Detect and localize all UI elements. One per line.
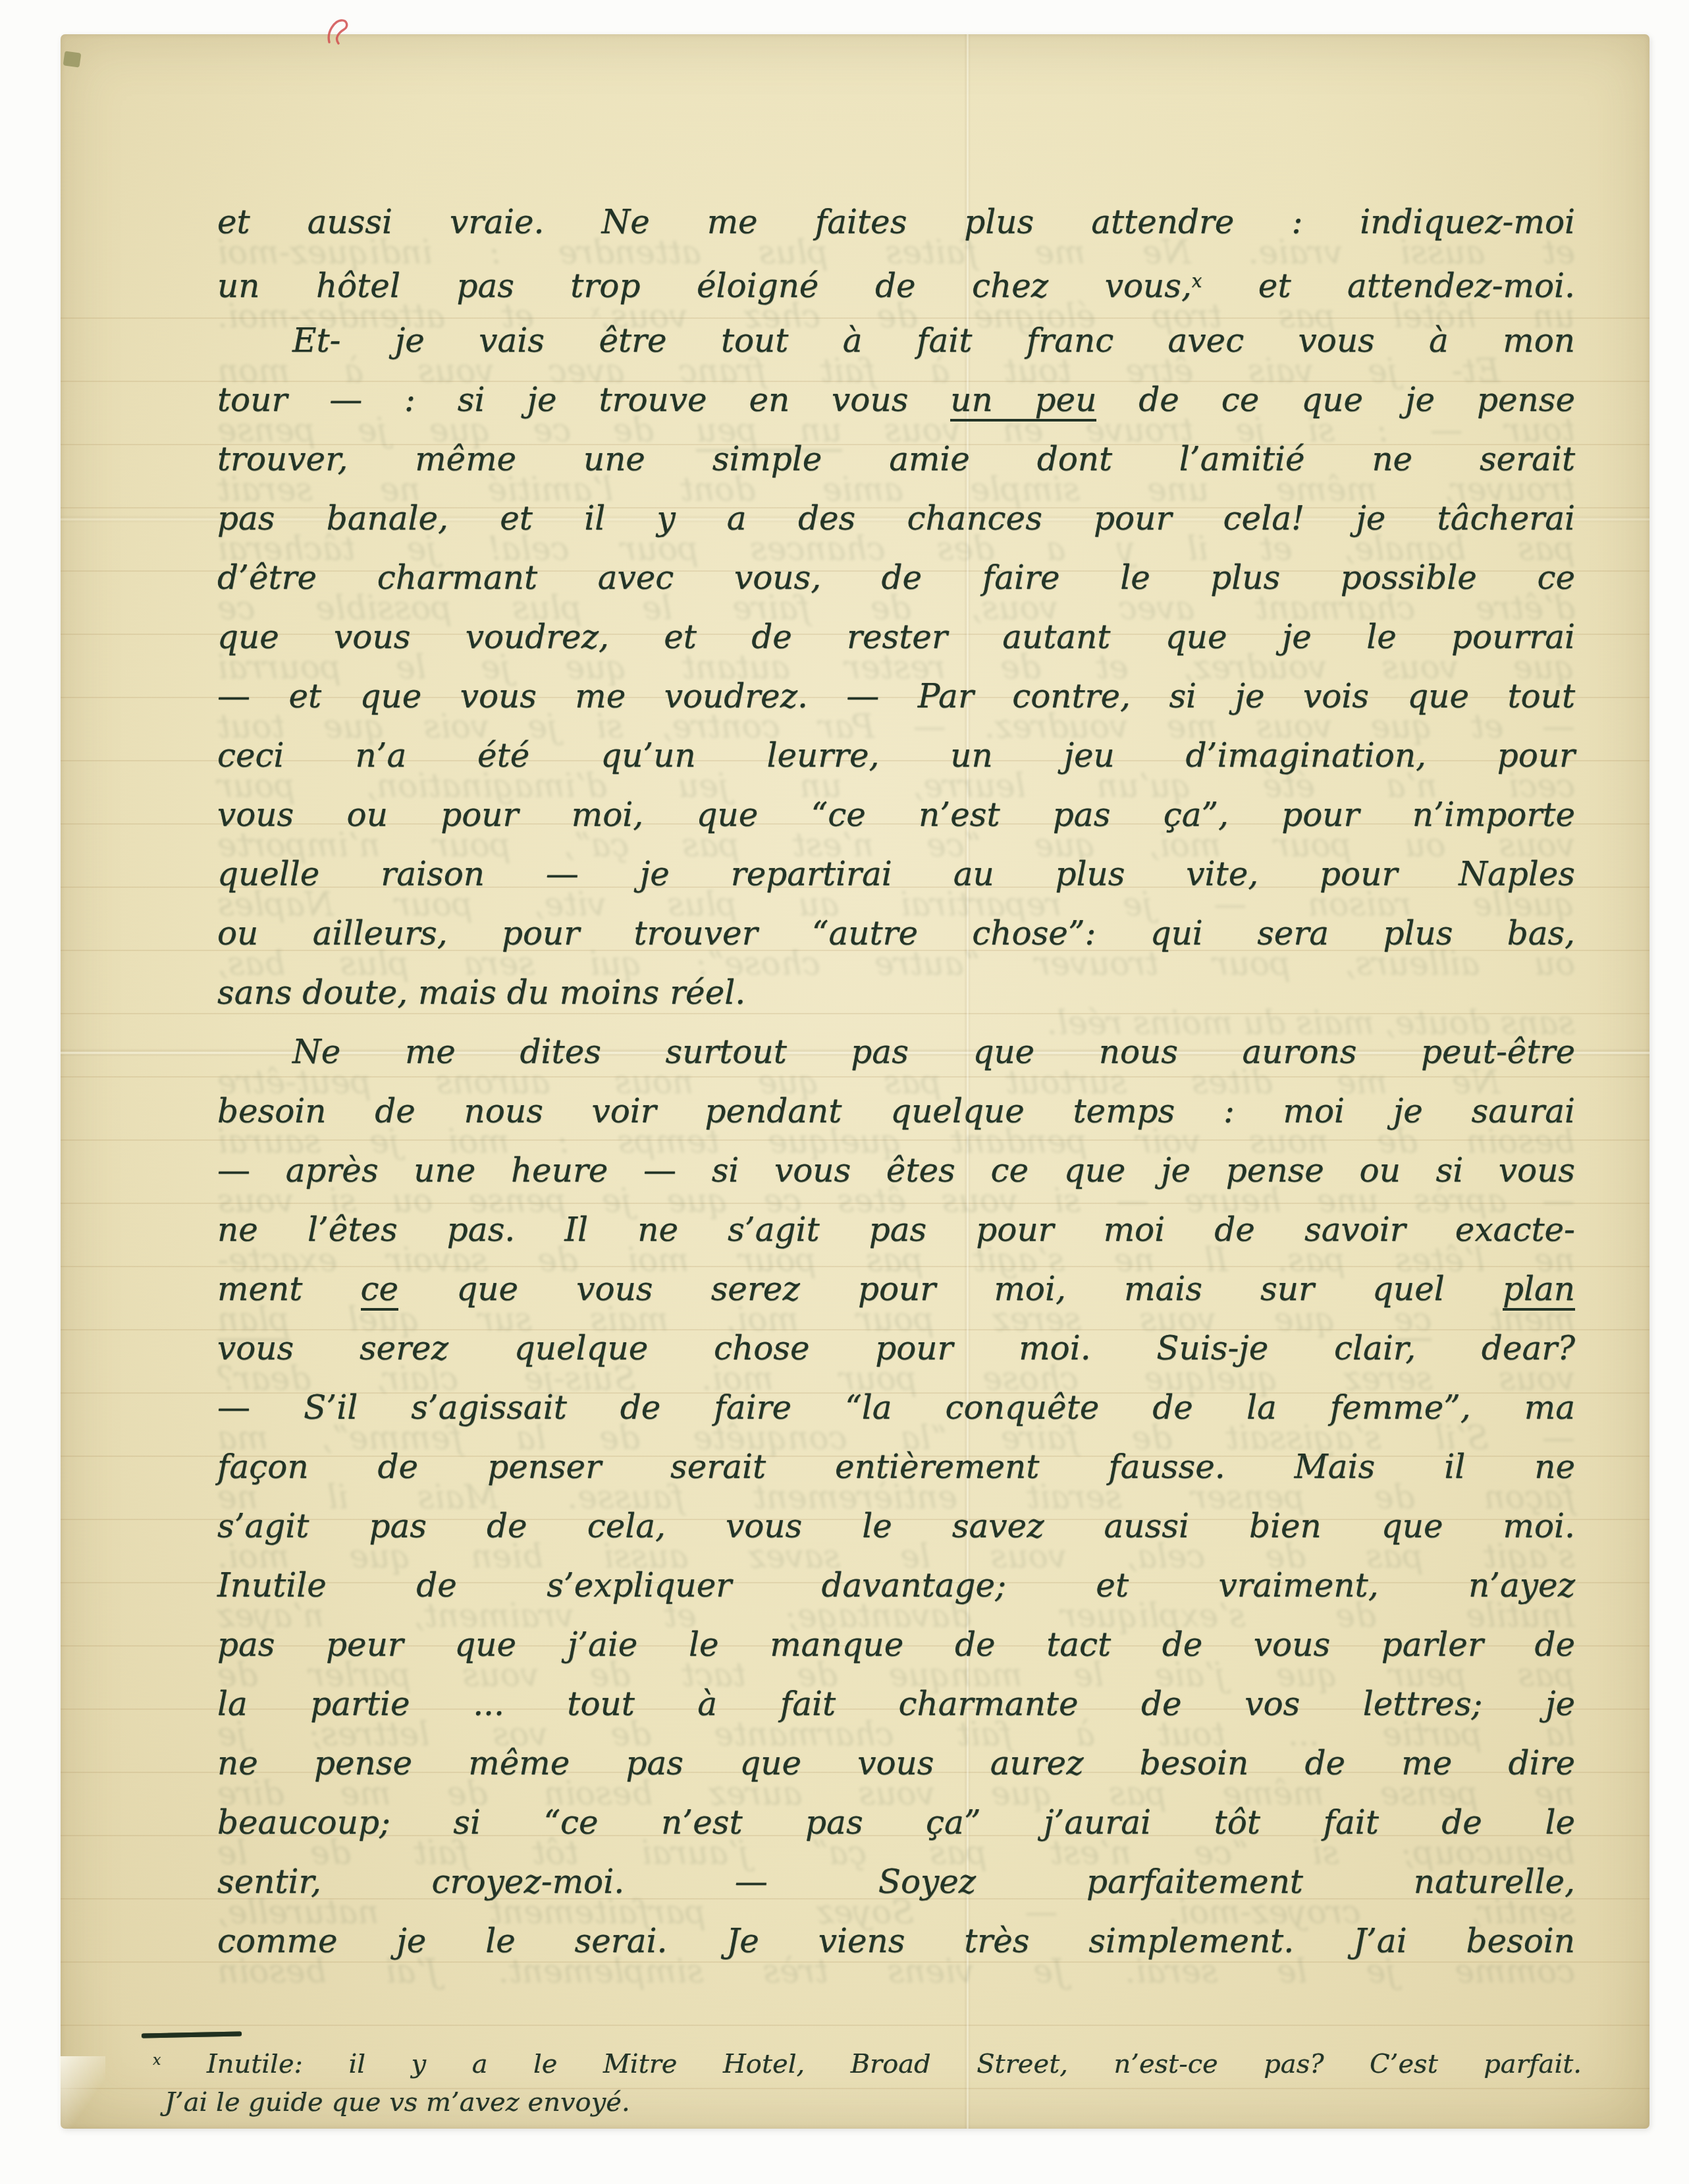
scanned-letter-photo: { "document": { "type": "handwritten-let… xyxy=(0,0,1689,2184)
letter-line-17: — après une heure — si vous êtes ce que … xyxy=(217,1141,1575,1200)
letter-line-21: — S’il s’agissait de faire “la conquête … xyxy=(217,1378,1575,1437)
letter-line-30: comme je le serai. Je viens très simplem… xyxy=(217,1911,1575,1971)
letter-line-4: tour — : si je trouve en vous un peu de … xyxy=(217,370,1575,429)
worn-corner xyxy=(59,2056,105,2129)
letter-line-5: trouver, même une simple amie dont l’ami… xyxy=(217,429,1575,489)
letter-line-2: un hôtel pas trop éloigné de chez vous,x… xyxy=(217,252,1575,311)
letter-line-28: beaucoup; si “ce n’est pas ça” j’aurai t… xyxy=(217,1793,1575,1852)
letter-line-24: Inutile de s’expliquer davantage; et vra… xyxy=(217,1556,1575,1615)
letter-line-9: — et que vous me voudrez. — Par contre, … xyxy=(217,667,1575,726)
letter-line-29: sentir, croyez-moi. — Soyez parfaitement… xyxy=(217,1852,1575,1911)
footnote-line-1: x Inutile: il y a le Mitre Hotel, Broad … xyxy=(153,2042,1582,2083)
footnote-line-2: J’ai le guide que vs m’avez envoyé. xyxy=(153,2083,1582,2121)
letter-line-12: quelle raison — je repartirai au plus vi… xyxy=(217,844,1575,904)
letter-line-20: vous serez quelque chose pour moi. Suis-… xyxy=(217,1319,1575,1378)
letter-line-11: vous ou pour moi, que “ce n’est pas ça”,… xyxy=(217,785,1575,844)
letter-line-7: d’être charmant avec vous, de faire le p… xyxy=(217,548,1575,607)
letter-line-3: Et- je vais être tout à fait franc avec … xyxy=(217,311,1575,370)
letter-line-13: ou ailleurs, pour trouver “autre chose”:… xyxy=(217,904,1575,963)
corner-stain xyxy=(63,51,82,67)
letter-line-1: et aussi vraie. Ne me faites plus attend… xyxy=(217,192,1575,252)
letter-line-19: ment ce que vous serez pour moi, mais su… xyxy=(217,1259,1575,1319)
footnote: x Inutile: il y a le Mitre Hotel, Broad … xyxy=(153,2042,1582,2121)
letter-line-26: la partie ... tout à fait charmante de v… xyxy=(217,1674,1575,1734)
letter-line-15: Ne me dites surtout pas que nous aurons … xyxy=(217,1022,1575,1081)
letter-body: et aussi vraie. Ne me faites plus attend… xyxy=(217,192,1575,1971)
red-pen-squiggle xyxy=(325,16,352,46)
letter-line-14: sans doute, mais du moins réel. xyxy=(217,963,1575,1022)
letter-line-27: ne pense même pas que vous aurez besoin … xyxy=(217,1734,1575,1793)
footnote-separator xyxy=(142,2031,242,2038)
letter-line-8: que vous voudrez, et de rester autant qu… xyxy=(217,607,1575,667)
letter-line-18: ne l’êtes pas. Il ne s’agit pas pour moi… xyxy=(217,1200,1575,1259)
letter-line-16: besoin de nous voir pendant quelque temp… xyxy=(217,1081,1575,1141)
letter-page: et aussi vraie. Ne me faites plus attend… xyxy=(61,34,1649,2129)
letter-line-23: s’agit pas de cela, vous le savez aussi … xyxy=(217,1496,1575,1556)
letter-line-22: façon de penser serait entièrement fauss… xyxy=(217,1437,1575,1496)
letter-line-10: ceci n’a été qu’un leurre, un jeu d’imag… xyxy=(217,726,1575,785)
letter-line-25: pas peur que j’aie le manque de tact de … xyxy=(217,1615,1575,1674)
letter-line-6: pas banale, et il y a des chances pour c… xyxy=(217,489,1575,548)
